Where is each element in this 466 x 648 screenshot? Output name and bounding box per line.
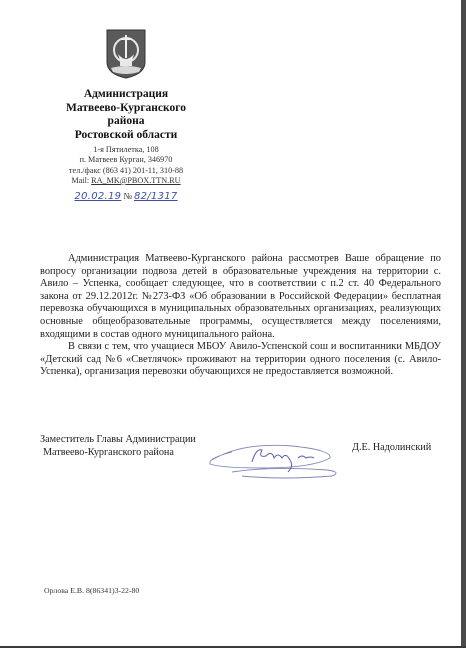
signer-position: Заместитель Главы Администрации Матвеево… xyxy=(40,434,196,460)
body-paragraph: В связи с тем, что учащиеся МБОУ Авило-У… xyxy=(40,341,441,379)
org-name-line: Матвеево-Курганского xyxy=(36,102,216,116)
org-name-line: Администрация xyxy=(36,88,216,102)
phone-line: тел./факс (863 41) 201-11, 310-88 xyxy=(36,166,216,176)
scan-edge-right xyxy=(461,0,466,648)
mail-label: Mail: xyxy=(71,176,91,185)
coat-of-arms-icon xyxy=(105,28,147,80)
handwritten-date: 20.02.19 xyxy=(74,191,121,202)
letterhead: Администрация Матвеево-Курганского район… xyxy=(36,28,216,202)
email-link[interactable]: RA_MK@PBOX.TTN.RU xyxy=(91,176,180,185)
outgoing-reference: 20.02.19 № 82/1317 xyxy=(36,191,216,202)
organization-address: 1-я Пятилетка, 108 п. Матвеев Курган, 34… xyxy=(36,145,216,186)
address-line: 1-я Пятилетка, 108 xyxy=(36,145,216,155)
org-name-line: Ростовской области xyxy=(36,129,216,143)
mail-line: Mail: RA_MK@PBOX.TTN.RU xyxy=(36,176,216,186)
position-line: Матвеево-Курганского района xyxy=(40,447,196,460)
position-line: Заместитель Главы Администрации xyxy=(40,434,196,447)
handwritten-signature-icon xyxy=(202,436,352,481)
organization-name: Администрация Матвеево-Курганского район… xyxy=(36,88,216,142)
body-paragraph: Администрация Матвеево-Курганского район… xyxy=(40,253,441,341)
letter-body: Администрация Матвеево-Курганского район… xyxy=(40,253,441,379)
signer-name: Д.Е. Надолинский xyxy=(352,442,431,455)
address-line: п. Матвеев Курган, 346970 xyxy=(36,155,216,165)
org-name-line: района xyxy=(36,115,216,129)
handwritten-number: 82/1317 xyxy=(134,191,178,202)
number-sign: № xyxy=(123,191,132,201)
executor-contact: Орлова Е.В. 8(86341)3-22-80 xyxy=(44,586,139,595)
